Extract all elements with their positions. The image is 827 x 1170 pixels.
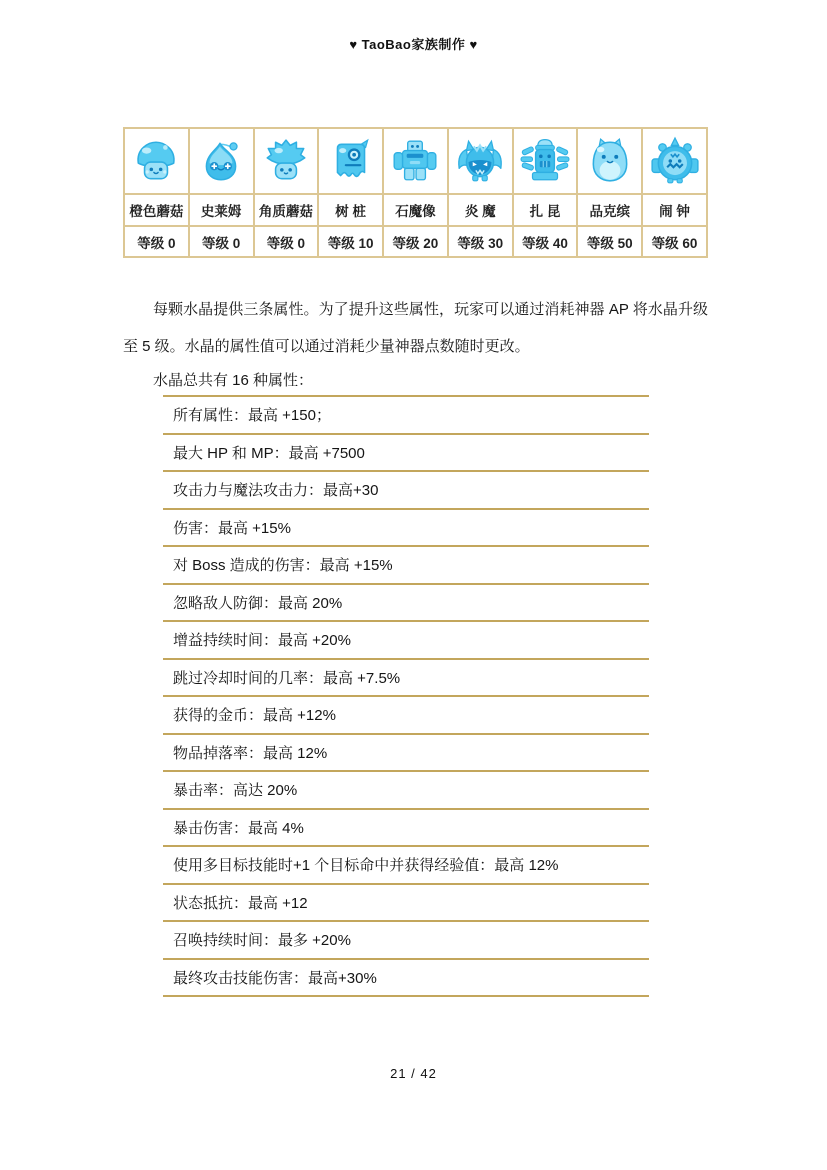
attribute-text: 最终攻击技能伤害：最高+30% (173, 967, 377, 988)
attribute-row: 伤害：最高 +15% (163, 508, 649, 546)
monster-name: 石魔像 (383, 194, 448, 226)
attribute-text: 跳过冷却时间的几率：最高 +7.5% (173, 667, 400, 688)
attribute-text: 增益持续时间：最高 +20% (173, 629, 351, 650)
attribute-text: 使用多目标技能时+1 个目标命中并获得经验值：最高 12% (173, 854, 558, 875)
attribute-text: 获得的金币：最高 +12% (173, 704, 336, 725)
monster-level: 等级 0 (254, 226, 319, 257)
zakum-icon (520, 136, 570, 186)
tree-stump-icon (326, 136, 376, 186)
monster-name-row: 橙色蘑菇 史莱姆 角质蘑菇 树 桩 石魔像 炎 魔 扎 昆 品克缤 闹 钟 (124, 194, 707, 226)
monster-name: 扎 昆 (513, 194, 578, 226)
monster-name: 炎 魔 (448, 194, 513, 226)
attribute-text: 暴击率：高达 20% (173, 779, 297, 800)
intro-paragraph: 每颗水晶提供三条属性。为了提升这些属性，玩家可以通过消耗神器 AP 将水晶升级至… (123, 291, 708, 365)
attribute-row: 忽略敌人防御：最高 20% (163, 583, 649, 621)
attribute-row: 获得的金币：最高 +12% (163, 695, 649, 733)
horny-mushroom-icon (261, 136, 311, 186)
monster-name: 史莱姆 (189, 194, 254, 226)
attribute-text: 攻击力与魔法攻击力：最高+30 (173, 479, 378, 500)
monster-icon-cell (124, 128, 189, 194)
monster-icon-cell (448, 128, 513, 194)
balrog-icon (455, 136, 505, 186)
attribute-row: 召唤持续时间：最多 +20% (163, 920, 649, 958)
attribute-text: 伤害：最高 +15% (173, 517, 291, 538)
stone-golem-icon (390, 136, 440, 186)
monster-name: 品克缤 (577, 194, 642, 226)
monster-icon-cell (513, 128, 578, 194)
alarm-clock-icon (650, 136, 700, 186)
attribute-row: 所有属性：最高 +150； (163, 395, 649, 433)
attribute-row: 状态抵抗：最高 +12 (163, 883, 649, 921)
monster-level: 等级 10 (318, 226, 383, 257)
attribute-row: 暴击率：高达 20% (163, 770, 649, 808)
attribute-row: 最终攻击技能伤害：最高+30% (163, 958, 649, 996)
monster-level: 等级 0 (189, 226, 254, 257)
attribute-text: 所有属性：最高 +150； (173, 404, 331, 425)
monster-icon-cell (318, 128, 383, 194)
monster-icon-cell (383, 128, 448, 194)
monster-level: 等级 30 (448, 226, 513, 257)
pink-bean-icon (585, 136, 635, 186)
attribute-row: 使用多目标技能时+1 个目标命中并获得经验值：最高 12% (163, 845, 649, 883)
monster-icon-cell (642, 128, 707, 194)
monster-name: 闹 钟 (642, 194, 707, 226)
attributes-intro-line: 水晶总共有 16 种属性： (123, 365, 708, 396)
page-number: 21 / 42 (0, 1066, 827, 1081)
monster-level: 等级 40 (513, 226, 578, 257)
monster-level: 等级 50 (577, 226, 642, 257)
attribute-row: 跳过冷却时间的几率：最高 +7.5% (163, 658, 649, 696)
attribute-text: 暴击伤害：最高 4% (173, 817, 304, 838)
document-page: ♥ TaoBao家族制作 ♥ (0, 0, 827, 1170)
attribute-text: 对 Boss 造成的伤害：最高 +15% (173, 554, 393, 575)
attribute-row: 攻击力与魔法攻击力：最高+30 (163, 470, 649, 508)
attribute-row: 对 Boss 造成的伤害：最高 +15% (163, 545, 649, 583)
attribute-text: 最大 HP 和 MP：最高 +7500 (173, 442, 365, 463)
monster-name: 角质蘑菇 (254, 194, 319, 226)
monster-name: 树 桩 (318, 194, 383, 226)
attribute-list: 所有属性：最高 +150； 最大 HP 和 MP：最高 +7500 攻击力与魔法… (163, 395, 649, 997)
monster-name: 橙色蘑菇 (124, 194, 189, 226)
monster-level: 等级 0 (124, 226, 189, 257)
monster-icon-cell (254, 128, 319, 194)
monster-icon-row (124, 128, 707, 194)
page-header-title: ♥ TaoBao家族制作 ♥ (0, 34, 827, 53)
attribute-row: 最大 HP 和 MP：最高 +7500 (163, 433, 649, 471)
monster-level-row: 等级 0 等级 0 等级 0 等级 10 等级 20 等级 30 等级 40 等… (124, 226, 707, 257)
attribute-text: 召唤持续时间：最多 +20% (173, 929, 351, 950)
attribute-row: 暴击伤害：最高 4% (163, 808, 649, 846)
attribute-text: 物品掉落率：最高 12% (173, 742, 327, 763)
attribute-row: 增益持续时间：最高 +20% (163, 620, 649, 658)
monster-level: 等级 60 (642, 226, 707, 257)
monster-table: 橙色蘑菇 史莱姆 角质蘑菇 树 桩 石魔像 炎 魔 扎 昆 品克缤 闹 钟 等级… (123, 127, 708, 258)
body-text: 每颗水晶提供三条属性。为了提升这些属性，玩家可以通过消耗神器 AP 将水晶升级至… (123, 291, 708, 396)
slime-icon (196, 136, 246, 186)
attribute-text: 状态抵抗：最高 +12 (173, 892, 308, 913)
attribute-row: 物品掉落率：最高 12% (163, 733, 649, 771)
monster-icon-cell (577, 128, 642, 194)
orange-mushroom-icon (131, 136, 181, 186)
monster-level: 等级 20 (383, 226, 448, 257)
monster-icon-cell (189, 128, 254, 194)
attribute-text: 忽略敌人防御：最高 20% (173, 592, 342, 613)
